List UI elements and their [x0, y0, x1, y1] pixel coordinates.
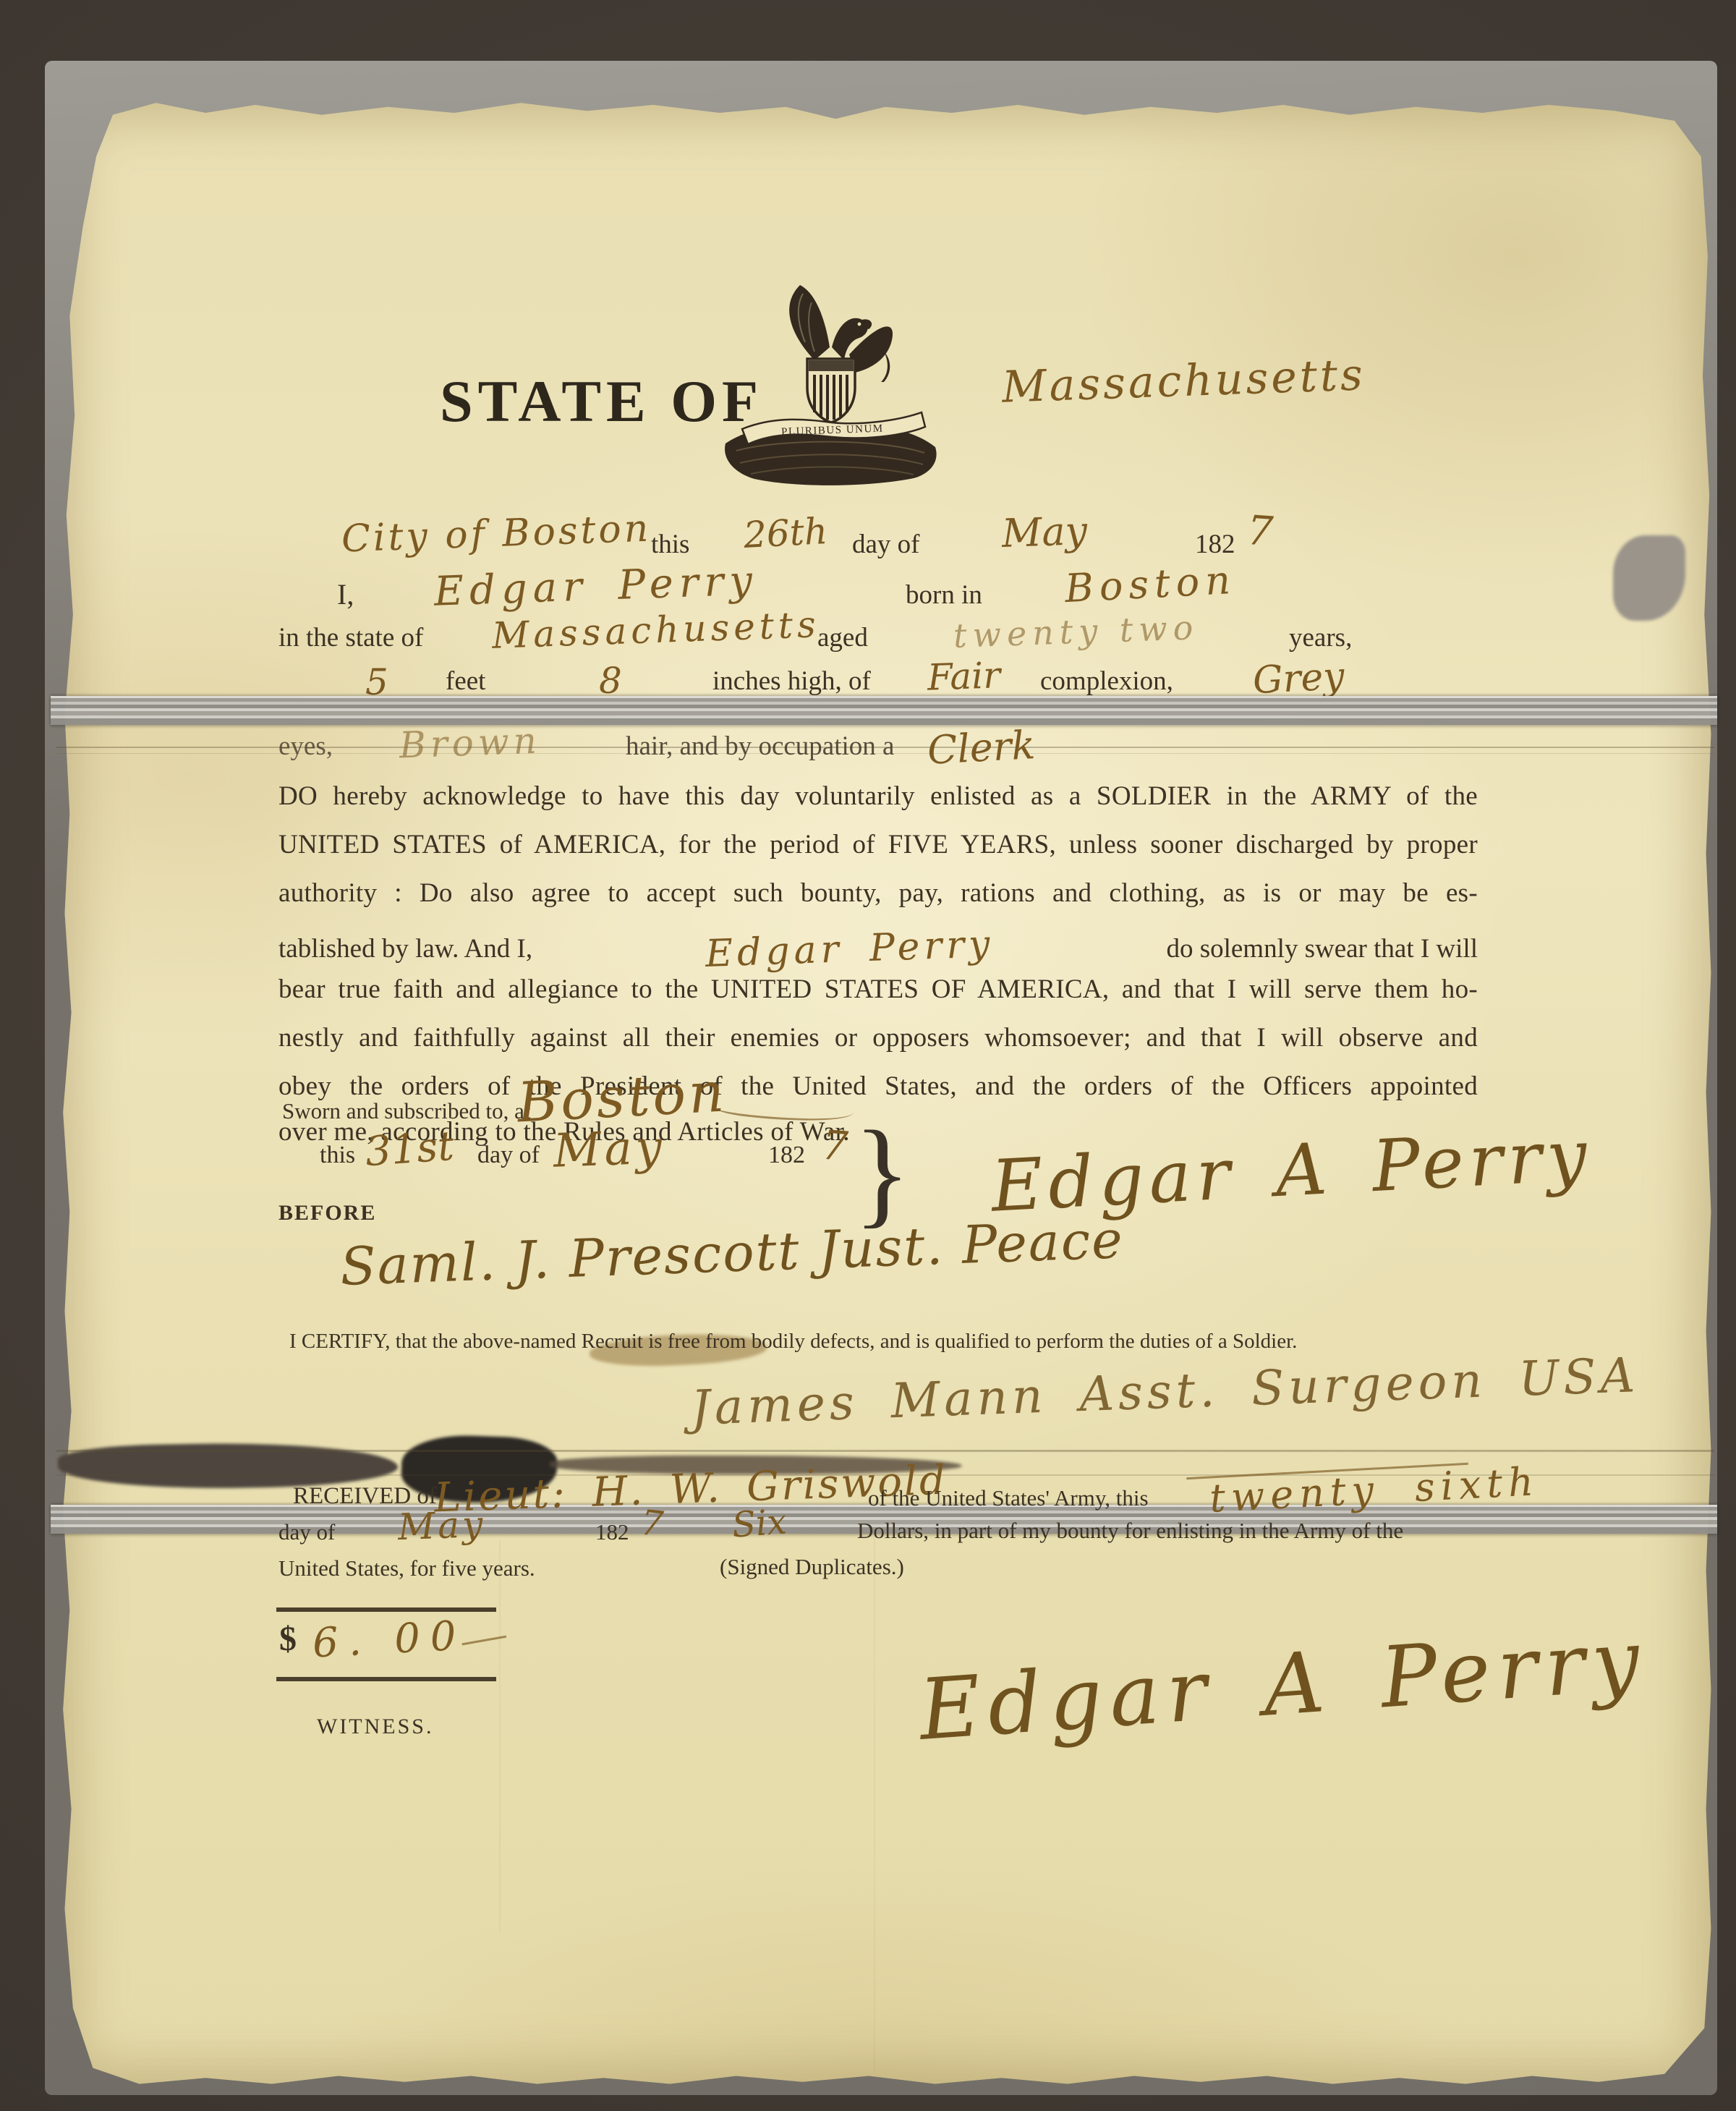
dollar-sign: $ — [279, 1619, 297, 1659]
receipt-day-of-label: day of — [278, 1519, 335, 1545]
fold-crease — [874, 1537, 875, 2073]
day-handwritten: 26th — [743, 510, 829, 556]
complexion-handwritten: Fair — [927, 654, 1001, 698]
receipt-year-digit-handwritten: 7 — [639, 1503, 665, 1545]
attestation-brace: } — [854, 1113, 911, 1232]
i-label: I, — [337, 577, 354, 611]
amount-words-handwritten: Six — [731, 1501, 788, 1545]
of-army-this-label: of the United States' Army, this — [868, 1485, 1149, 1511]
sworn-month-handwritten: May — [553, 1121, 666, 1178]
hair-color-handwritten: Brown — [399, 720, 542, 767]
bounty-phrase-label: Dollars, in part of my bounty for enlist… — [857, 1518, 1403, 1544]
sworn-year-digit-handwritten: 7 — [820, 1122, 849, 1171]
in-state-of-label: in the state of — [278, 622, 423, 653]
oath-line-4: tablished by law. And I, Edgar Perry do … — [278, 923, 1478, 967]
this-label: this — [651, 529, 689, 560]
amount-rule-bottom — [276, 1677, 496, 1681]
oath-line-4-start: tablished by law. And I, — [278, 933, 532, 964]
feet-label: feet — [446, 666, 485, 697]
day-of-label: day of — [852, 529, 920, 560]
occupation-handwritten: Clerk — [926, 722, 1036, 773]
amount-rule-top — [276, 1607, 496, 1612]
year-digit-handwritten: 7 — [1246, 507, 1275, 556]
receipt-month-handwritten: May — [397, 1503, 486, 1548]
complexion-label: complexion, — [1040, 666, 1173, 697]
sworn-year-printed: 182 — [768, 1142, 805, 1169]
aged-label: aged — [817, 622, 868, 653]
hair-occupation-label: hair, and by occupation a — [626, 731, 894, 762]
oath-line-1: DO hereby acknowledge to have this day v… — [278, 778, 1478, 819]
years-label: years, — [1289, 622, 1352, 653]
eyes-label: eyes, — [278, 731, 333, 762]
sworn-this-label: this — [320, 1142, 355, 1169]
inches-high-label: inches high, of — [712, 666, 871, 697]
oath-line-2: UNITED STATES of AMERICA, for the period… — [278, 827, 1478, 867]
signed-duplicates-label: (Signed Duplicates.) — [720, 1554, 904, 1580]
eagle-emblem-icon: PLURIBUS UNUM — [707, 273, 955, 489]
before-label: BEFORE — [278, 1201, 376, 1226]
enlistment-document-scan: STATE OF PLURIBUS UNUM Massachusetts Cit… — [0, 0, 1736, 2111]
fold-crease — [499, 1541, 501, 1932]
month-handwritten: May — [1001, 508, 1088, 556]
year-printed: 182 — [1195, 529, 1235, 560]
amount-figures-handwritten: 6. 00 — [311, 1612, 467, 1667]
sworn-subscribed-label: Sworn and subscribed to, at — [282, 1098, 531, 1124]
term-phrase-label: United States, for five years. — [278, 1555, 535, 1581]
born-in-label: born in — [906, 579, 982, 611]
sworn-day-of-label: day of — [477, 1142, 540, 1169]
crease-line — [56, 1450, 1714, 1452]
receipt-year-printed: 182 — [595, 1519, 629, 1545]
oath-line-4-end: do solemnly swear that I will — [1166, 933, 1478, 964]
birthplace-handwritten: Boston — [1064, 557, 1238, 611]
tape-repair-top — [51, 696, 1717, 725]
witness-label: WITNESS. — [317, 1715, 434, 1739]
oath-line-3: authority : Do also agree to accept such… — [278, 875, 1478, 916]
oath-line-6: nestly and faithfully against all their … — [278, 1020, 1478, 1061]
sworn-day-handwritten: 31st — [364, 1123, 456, 1176]
certify-line: I CERTIFY, that the above-named Recruit … — [289, 1330, 1468, 1359]
oath-line-5: bear true faith and allegiance to the UN… — [278, 972, 1478, 1012]
